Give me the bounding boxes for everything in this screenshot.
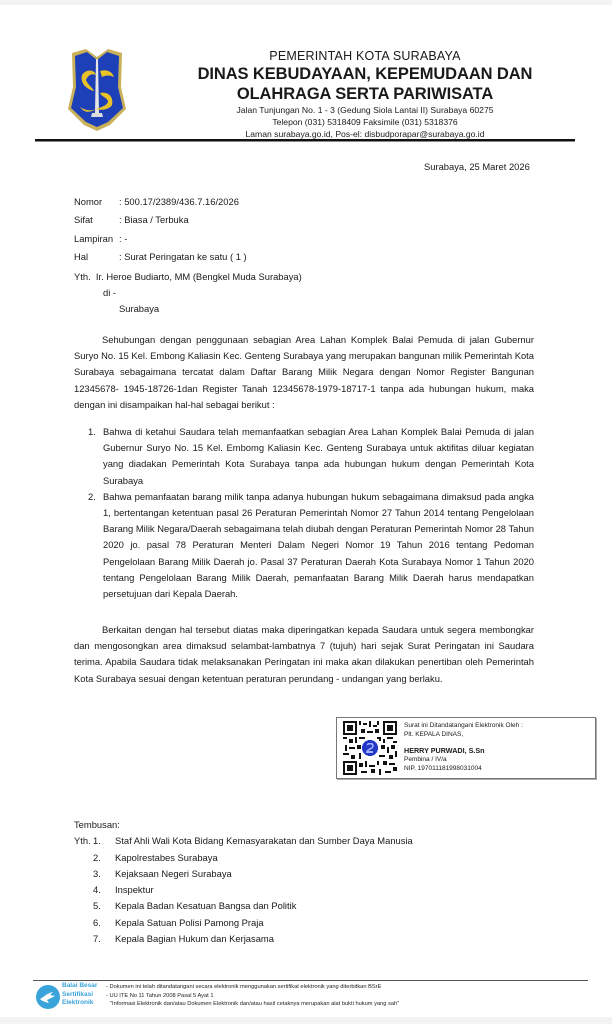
letter-meta: Nomor : 500.17/2389/436.7.16/2026 Sifat … xyxy=(74,193,247,266)
meta-value: : Biasa / Terbuka xyxy=(119,211,189,229)
meta-label: Hal xyxy=(74,248,119,266)
list-item: 5. Kepala Badan Kesatuan Bangsa dan Poli… xyxy=(74,898,413,914)
list-text: Kapolrestabes Surabaya xyxy=(115,850,218,866)
electronic-signature-box: Surat ini Ditandatangani Elektronik Oleh… xyxy=(336,717,596,779)
letterhead: PEMERINTAH KOTA SURABAYA DINAS KEBUDAYAA… xyxy=(150,49,580,140)
list-number: 7. xyxy=(92,931,115,947)
signature-line1: Surat ini Ditandatangani Elektronik Oleh… xyxy=(404,721,523,730)
list-text: Staf Ahli Wali Kota Bidang Kemasyarakata… xyxy=(115,833,413,849)
list-text: Kepala Badan Kesatuan Bangsa dan Politik xyxy=(115,898,296,914)
list-text: Bahwa di ketahui Saudara telah memanfaat… xyxy=(103,424,534,489)
meta-row-lampiran: Lampiran : - xyxy=(74,230,247,248)
recipient-name: Ir. Heroe Budiarto, MM (Bengkel Muda Sur… xyxy=(96,271,302,282)
signatory-nip: NIP. 197011181998031004 xyxy=(404,764,523,773)
footer-line3: "Informasi Elektronik dan/atau Dokumen E… xyxy=(106,1000,399,1009)
footer-divider xyxy=(33,980,588,981)
list-text: Kejaksaan Negeri Surabaya xyxy=(115,866,232,882)
list-item: 7. Kepala Bagian Hukum dan Kerjasama xyxy=(74,931,413,947)
body-paragraph-2: Berkaitan dengan hal tersebut diatas mak… xyxy=(74,622,534,687)
list-text: Inspektur xyxy=(115,882,154,898)
list-number: 2. xyxy=(92,850,115,866)
list-number: 4. xyxy=(92,882,115,898)
bsre-logo-icon xyxy=(35,984,61,1010)
department-phone: Telepon (031) 5318409 Faksimile (031) 53… xyxy=(150,116,580,128)
list-item: 6. Kepala Satuan Polisi Pamong Praja xyxy=(74,915,413,931)
list-number: 6. xyxy=(92,915,115,931)
recipient-prefix: Yth. xyxy=(74,271,91,282)
department-address: Jalan Tunjungan No. 1 - 3 (Gedung Siola … xyxy=(150,104,580,116)
list-number: 2. xyxy=(88,489,103,602)
list-text: Bahwa pemanfaatan barang milik tanpa ada… xyxy=(103,489,534,602)
qr-code-icon[interactable] xyxy=(343,721,397,775)
list-item: 1. Bahwa di ketahui Saudara telah memanf… xyxy=(88,424,534,489)
list-item: 2. Kapolrestabes Surabaya xyxy=(74,850,413,866)
meta-row-nomor: Nomor : 500.17/2389/436.7.16/2026 xyxy=(74,193,247,211)
list-number: 1. xyxy=(88,424,103,489)
signature-title: Plt. KEPALA DINAS, xyxy=(404,730,523,739)
list-item: Yth. 1. Staf Ahli Wali Kota Bidang Kemas… xyxy=(74,833,413,849)
list-text: Kepala Satuan Polisi Pamong Praja xyxy=(115,915,264,931)
body-paragraph-1: Sehubungan dengan penggunaan sebagian Ar… xyxy=(74,332,534,413)
signatory-rank: Pembina / IV/a xyxy=(404,755,523,764)
carbon-copy-list: Tembusan: Yth. 1. Staf Ahli Wali Kota Bi… xyxy=(74,817,413,947)
meta-value: : 500.17/2389/436.7.16/2026 xyxy=(119,193,239,211)
recipient-di: di - xyxy=(74,285,302,301)
list-text: Kepala Bagian Hukum dan Kerjasama xyxy=(115,931,274,947)
list-number: 1. xyxy=(92,833,115,849)
recipient-block: Yth. Ir. Heroe Budiarto, MM (Bengkel Mud… xyxy=(74,269,302,317)
list-item: 3. Kejaksaan Negeri Surabaya xyxy=(74,866,413,882)
footer-line1: - Dokumen ini telah ditandatangani secar… xyxy=(106,983,399,992)
paragraph-text: Sehubungan dengan penggunaan sebagian Ar… xyxy=(74,334,534,410)
meta-label: Nomor xyxy=(74,193,119,211)
cc-title: Tembusan: xyxy=(74,817,413,833)
surabaya-city-crest-icon xyxy=(66,47,128,133)
list-number: 5. xyxy=(92,898,115,914)
points-list: 1. Bahwa di ketahui Saudara telah memanf… xyxy=(88,424,534,602)
recipient-city: Surabaya xyxy=(74,301,302,317)
letterhead-divider xyxy=(35,139,575,142)
letter-date: Surabaya, 25 Maret 2026 xyxy=(424,161,530,172)
meta-value: : - xyxy=(119,230,127,248)
paragraph-text: Berkaitan dengan hal tersebut diatas mak… xyxy=(74,624,534,684)
list-number: 3. xyxy=(92,866,115,882)
meta-label: Lampiran xyxy=(74,230,119,248)
meta-label: Sifat xyxy=(74,211,119,229)
footer-line2: - UU ITE No 11 Tahun 2008 Pasal 5 Ayat 1 xyxy=(106,992,399,1001)
meta-value: : Surat Peringatan ke satu ( 1 ) xyxy=(119,248,247,266)
signatory-name: HERRY PURWADI, S.Sn xyxy=(404,746,523,755)
cc-prefix: Yth. xyxy=(74,833,92,849)
bsre-org-name: Balai Besar Sertifikasi Elektronik xyxy=(62,982,97,1008)
meta-row-hal: Hal : Surat Peringatan ke satu ( 1 ) xyxy=(74,248,247,266)
list-item: 2. Bahwa pemanfaatan barang milik tanpa … xyxy=(88,489,534,602)
footer-disclaimer: - Dokumen ini telah ditandatangani secar… xyxy=(106,983,399,1009)
letter-page: PEMERINTAH KOTA SURABAYA DINAS KEBUDAYAA… xyxy=(0,5,612,1017)
meta-row-sifat: Sifat : Biasa / Terbuka xyxy=(74,211,247,229)
department-name-line1: DINAS KEBUDAYAAN, KEPEMUDAAN DAN xyxy=(150,64,580,84)
signature-text: Surat ini Ditandatangani Elektronik Oleh… xyxy=(404,721,523,773)
list-item: 4. Inspektur xyxy=(74,882,413,898)
government-name: PEMERINTAH KOTA SURABAYA xyxy=(150,49,580,64)
department-name-line2: OLAHRAGA SERTA PARIWISATA xyxy=(150,84,580,104)
